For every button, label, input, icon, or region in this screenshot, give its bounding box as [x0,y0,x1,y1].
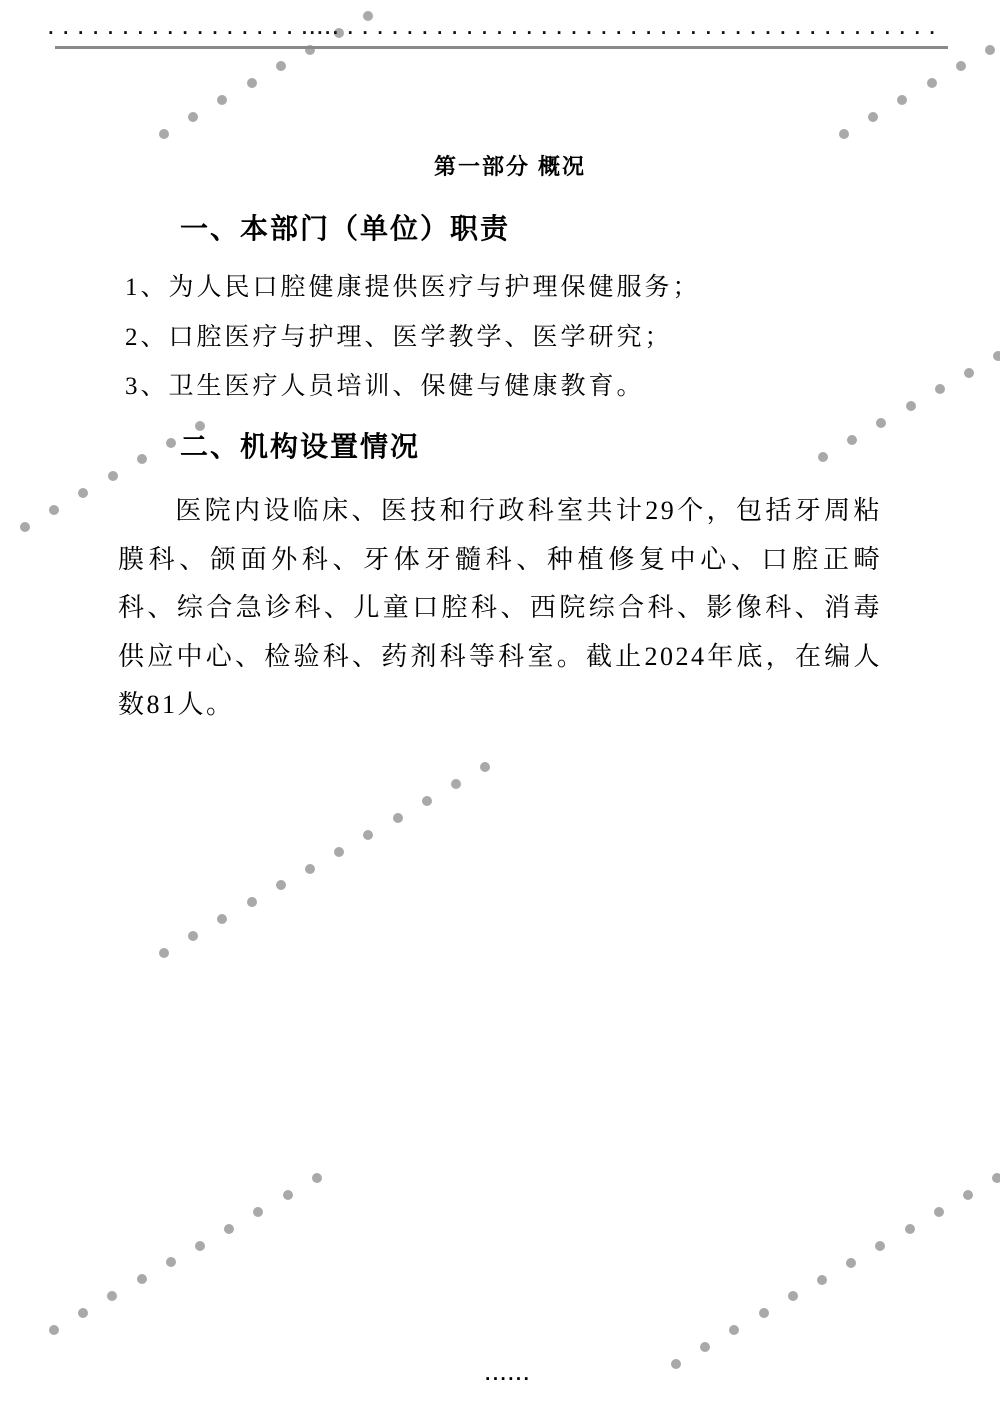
decor-dot [159,129,169,139]
document-page: · · · · · · · · · · · · · · · · · ····· … [0,0,1000,1401]
decor-dot [247,897,257,907]
decor-dot [247,78,257,88]
decor-dot [839,129,849,139]
decor-dot [166,438,176,448]
decor-dot [818,452,828,462]
decor-dot [847,435,857,445]
decor-dot [253,1207,263,1217]
decor-dot [107,1291,117,1301]
decor-dot [312,1173,322,1183]
decor-dot [20,522,30,532]
decor-dot [759,1308,769,1318]
decor-dot [159,948,169,958]
decor-dot [283,1190,293,1200]
decor-dot [897,95,907,105]
decor-dot [195,1241,205,1251]
duty-list: 1、为人民口腔健康提供医疗与护理保健服务； 2、口腔医疗与护理、医学教学、医学研… [125,270,945,419]
decor-dot [422,796,432,806]
decor-dot [334,847,344,857]
duty-item-2: 2、口腔医疗与护理、医学教学、医学研究； [125,320,945,370]
top-horizontal-rule [55,46,948,49]
decor-dot [993,351,1000,361]
decor-dot [137,454,147,464]
top-dotted-leader: · · · · · · · · · · · · · · · · · ····· … [48,24,937,42]
duty-item-1: 1、为人民口腔健康提供医疗与护理保健服务； [125,270,945,320]
decor-dot [964,368,974,378]
section-heading-organization: 二、机构设置情况 [180,425,420,465]
decor-dot [49,505,59,515]
decor-dot [992,1173,1000,1183]
decor-dot [224,1224,234,1234]
decor-dot [305,864,315,874]
decor-dot [363,830,373,840]
decor-dot [137,1274,147,1284]
decor-dot [393,813,403,823]
decor-dot [188,931,198,941]
page-bottom-ellipsis: ...... [0,1366,1000,1384]
decor-dot [788,1291,798,1301]
decor-dot [451,779,461,789]
decor-dot [108,471,118,481]
section-heading-duties: 一、本部门（单位）职责 [180,207,510,247]
organization-paragraph: 医院内设临床、医技和行政科室共计29个，包括牙周粘膜科、颌面外科、牙体牙髓科、种… [118,487,882,730]
decor-dot [188,112,198,122]
decor-dot [217,95,227,105]
decor-dot [217,914,227,924]
decor-dot [276,61,286,71]
decor-dot [276,880,286,890]
decor-dot [905,1224,915,1234]
decor-dot [363,11,373,21]
part-title: 第一部分 概况 [0,150,1000,181]
duty-item-3: 3、卫生医疗人员培训、保健与健康教育。 [125,369,945,419]
decor-dot [729,1325,739,1335]
decor-dot [875,1241,885,1251]
decor-dot [700,1342,710,1352]
decor-dot [876,418,886,428]
decor-dot [934,1207,944,1217]
decor-dot [49,1325,59,1335]
decor-dot [846,1258,856,1268]
decor-dot [166,1257,176,1267]
decor-dot [480,762,490,772]
decor-dot [78,1308,88,1318]
decor-dot [868,112,878,122]
decor-dot [78,488,88,498]
decor-dot [817,1275,827,1285]
decor-dot [963,1190,973,1200]
decor-dot [927,78,937,88]
decor-dot [985,45,995,55]
decor-dot [956,61,966,71]
